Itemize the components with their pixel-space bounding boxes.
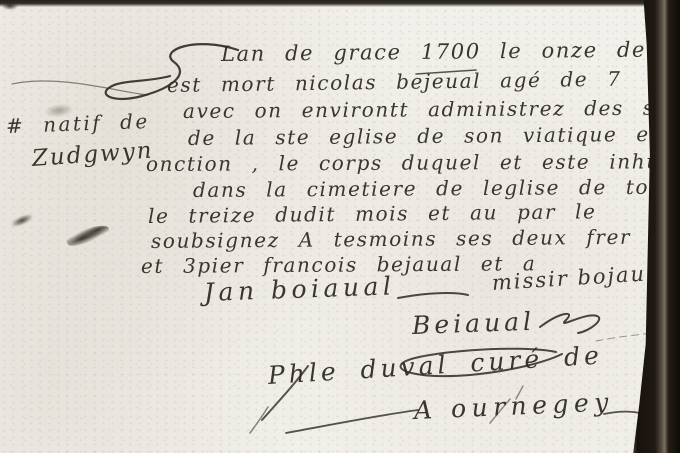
paraph-scribble	[540, 314, 599, 333]
document-scan: Lan de grace 1700 le onze dece est mort …	[0, 0, 680, 453]
lead-sweep-stroke	[286, 410, 418, 433]
book-binding-edge	[628, 0, 680, 453]
manuscript-line-6: dans la cimetiere de leglise de tour	[193, 175, 675, 202]
ink-smudge	[65, 222, 111, 250]
ink-smudge	[9, 212, 35, 230]
margin-note-line-1: # natif de	[6, 109, 151, 138]
signature-beiaual: Beiaual	[411, 307, 535, 340]
manuscript-line-3: avec on environtt administrez des sacr	[183, 95, 680, 123]
manuscript-line-5: onction , le corps duquel et este inhu	[146, 149, 661, 176]
manuscript-line-8: soubsignez A tesmoins ses deux frer	[151, 225, 631, 253]
signature-jan-boiaual: Jan boiaual	[203, 271, 395, 307]
manuscript-line-1: Lan de grace 1700 le onze dece	[221, 37, 674, 66]
slash-stroke-small	[250, 407, 268, 433]
manuscript-line-7: le treize dudit mois et au par le	[148, 199, 597, 228]
margin-note-line-2: Zudgwyn	[31, 138, 154, 172]
signature-a-ournegey: A ournegey	[413, 387, 614, 425]
manuscript-line-2: est mort nicolas bejeual agé de 7	[167, 67, 622, 97]
signature-phle-duval-cure: Phle duval curé de	[267, 341, 603, 390]
signature-tail-stroke	[398, 293, 468, 298]
manuscript-line-4: de la ste eglise de son viatique et extr…	[188, 121, 680, 150]
opening-flourish-tail	[12, 81, 148, 95]
scan-top-edge	[0, 0, 680, 7]
